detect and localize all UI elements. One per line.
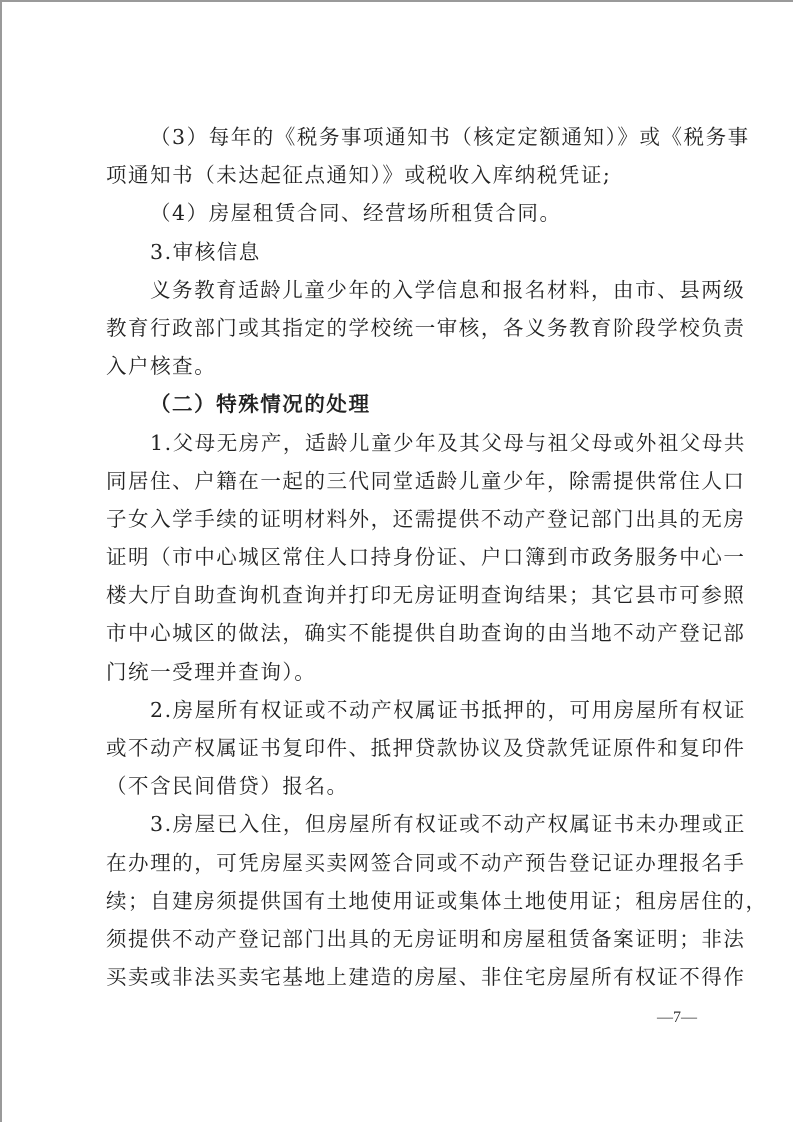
- text-line: 或不动产权属证书复印件、抵押贷款协议及贷款凭证原件和复印件: [106, 729, 692, 767]
- document-page: （3）每年的《税务事项通知书（核定定额通知）》或《税务事 项通知书（未达起征点通…: [0, 0, 793, 1122]
- text-line: 子女入学手续的证明材料外，还需提供不动产登记部门出具的无房: [106, 500, 692, 538]
- section-heading: （二）特殊情况的处理: [106, 385, 692, 423]
- text-line: 续；自建房须提供国有土地使用证或集体土地使用证；租房居住的，: [106, 882, 692, 920]
- section-subheading: 3.审核信息: [106, 233, 692, 271]
- text-line: （不含民间借贷）报名。: [106, 767, 692, 805]
- text-line: 证明（市中心城区常住人口持身份证、户口簿到市政务服务中心一: [106, 538, 692, 576]
- text-line: 入户核查。: [106, 347, 692, 385]
- text-line: 义务教育适龄儿童少年的入学信息和报名材料，由市、县两级: [106, 271, 692, 309]
- text-line: 教育行政部门或其指定的学校统一审核，各义务教育阶段学校负责: [106, 309, 692, 347]
- text-line: 1.父母无房产，适龄儿童少年及其父母与祖父母或外祖父母共: [106, 424, 692, 462]
- text-line: 门统一受理并查询）。: [106, 653, 692, 691]
- text-line: 项通知书（未达起征点通知）》或税收入库纳税凭证;: [106, 156, 692, 194]
- text-line: 须提供不动产登记部门出具的无房证明和房屋租赁备案证明；非法: [106, 920, 692, 958]
- text-line: 楼大厅自助查询机查询并打印无房证明查询结果；其它县市可参照: [106, 576, 692, 614]
- text-line: 2.房屋所有权证或不动产权属证书抵押的，可用房屋所有权证: [106, 691, 692, 729]
- text-line: 市中心城区的做法，确实不能提供自助查询的由当地不动产登记部: [106, 614, 692, 652]
- text-line: 买卖或非法买卖宅基地上建造的房屋、非住宅房屋所有权证不得作: [106, 958, 692, 996]
- page-number: —7—: [657, 1009, 697, 1027]
- text-line: （3）每年的《税务事项通知书（核定定额通知）》或《税务事: [106, 118, 692, 156]
- text-line: 在办理的，可凭房屋买卖网签合同或不动产预告登记证办理报名手: [106, 844, 692, 882]
- body-text: （3）每年的《税务事项通知书（核定定额通知）》或《税务事 项通知书（未达起征点通…: [106, 118, 692, 996]
- text-line: （4）房屋租赁合同、经营场所租赁合同。: [106, 194, 692, 232]
- text-line: 同居住、户籍在一起的三代同堂适龄儿童少年，除需提供常住人口: [106, 462, 692, 500]
- text-line: 3.房屋已入住，但房屋所有权证或不动产权属证书未办理或正: [106, 805, 692, 843]
